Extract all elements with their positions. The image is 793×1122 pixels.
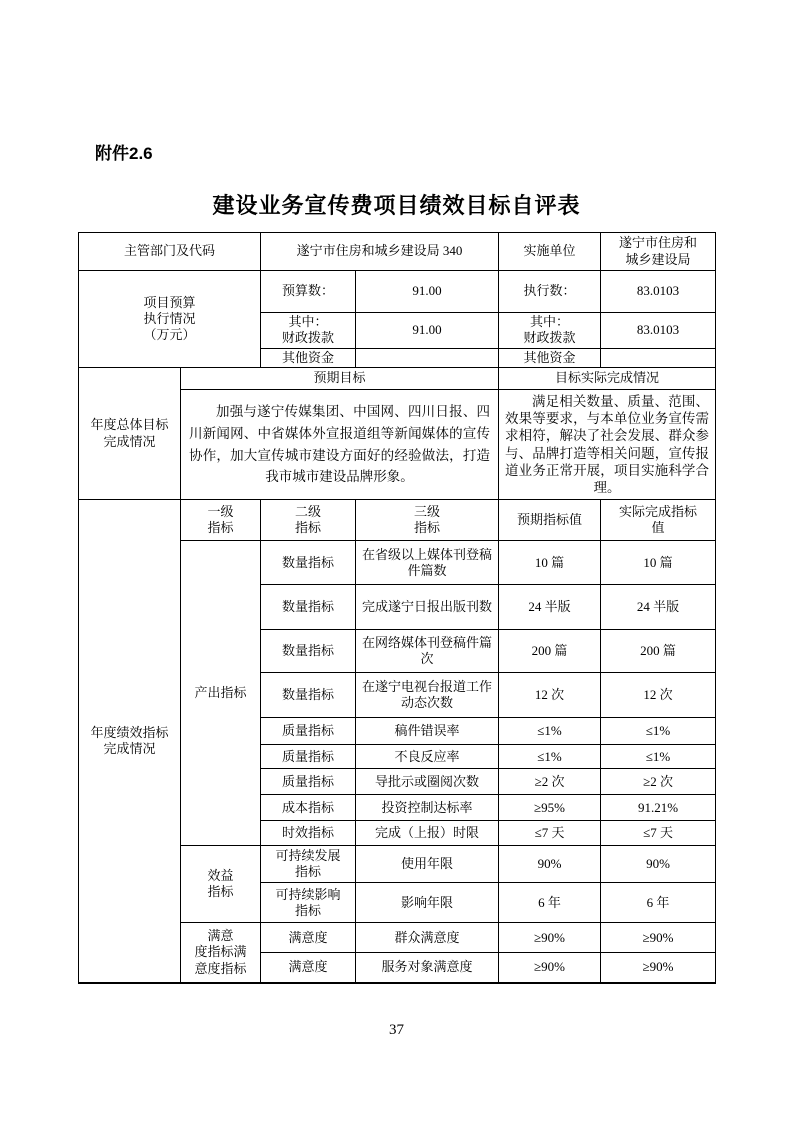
expected-value-cell: ≤1% — [499, 718, 601, 745]
dept-code-label: 主管部门及代码 — [79, 233, 261, 271]
actual-value-cell: ≤1% — [601, 718, 716, 745]
expected-value-cell: ≥90% — [499, 953, 601, 983]
actual-value-cell: 24 半版 — [601, 585, 716, 630]
expected-value-cell: ≥2 次 — [499, 769, 601, 795]
level2-cell: 数量指标 — [261, 541, 356, 585]
budget-value-cell — [601, 348, 716, 367]
level1-cell: 产出指标 — [181, 541, 261, 846]
page-number: 37 — [0, 1022, 793, 1039]
level3-cell: 投资控制达标率 — [356, 795, 499, 821]
dept-code-value: 遂宁市住房和城乡建设局 340 — [261, 233, 499, 271]
level2-cell: 质量指标 — [261, 718, 356, 745]
budget-label-cell: 预算数： — [261, 271, 356, 313]
self-evaluation-table: 主管部门及代码 遂宁市住房和城乡建设局 340 实施单位 遂宁市住房和 城乡建设… — [78, 232, 716, 984]
level1-cell: 满意 度指标满 意度指标 — [181, 923, 261, 983]
budget-value-cell: 91.00 — [356, 271, 499, 313]
level3-cell: 完成（上报）时限 — [356, 821, 499, 846]
expected-value-cell: ≥90% — [499, 923, 601, 953]
budget-row-label: 项目预算 执行情况 （万元） — [79, 271, 261, 368]
level2-cell: 可持续影响 指标 — [261, 883, 356, 923]
level3-cell: 服务对象满意度 — [356, 953, 499, 983]
indicators-row-label: 年度绩效指标 完成情况 — [79, 500, 181, 983]
budget-value-cell: 83.0103 — [601, 313, 716, 349]
level1-cell: 效益 指标 — [181, 846, 261, 923]
budget-value-cell: 91.00 — [356, 313, 499, 349]
level2-cell: 数量指标 — [261, 585, 356, 630]
budget-value-cell — [356, 348, 499, 367]
document-page: 附件2.6 建设业务宣传费项目绩效目标自评表 主管部门及代码 遂宁市住房和城乡建… — [0, 0, 793, 1122]
level3-cell: 不良反应率 — [356, 745, 499, 769]
expected-value-cell: ≥95% — [499, 795, 601, 821]
level3-header: 三级 指标 — [356, 500, 499, 541]
attachment-label: 附件2.6 — [95, 139, 153, 164]
level3-cell: 群众满意度 — [356, 923, 499, 953]
expected-value-cell: 12 次 — [499, 673, 601, 718]
expected-value-cell: 24 半版 — [499, 585, 601, 630]
level3-cell: 影响年限 — [356, 883, 499, 923]
actual-goal-text: 满足相关数量、质量、范围、效果等要求，与本单位业务宣传需求相符，解决了社会发展、… — [499, 389, 716, 500]
level2-cell: 时效指标 — [261, 821, 356, 846]
budget-label-cell: 其中： 财政拨款 — [499, 313, 601, 349]
level2-cell: 数量指标 — [261, 630, 356, 673]
expected-value-cell: 6 年 — [499, 883, 601, 923]
expected-value-cell: 90% — [499, 846, 601, 883]
level3-cell: 稿件错误率 — [356, 718, 499, 745]
expected-value-cell: ≤7 天 — [499, 821, 601, 846]
table-row: 年度总体目标 完成情况 预期目标 目标实际完成情况 — [79, 367, 716, 389]
level3-cell: 在省级以上媒体刊登稿件篇数 — [356, 541, 499, 585]
actual-value-cell: ≥90% — [601, 953, 716, 983]
actual-value-cell: 200 篇 — [601, 630, 716, 673]
budget-label-cell: 其他资金 — [499, 348, 601, 367]
actual-value-cell: ≥90% — [601, 923, 716, 953]
level3-cell: 在遂宁电视台报道工作动态次数 — [356, 673, 499, 718]
actual-value-cell: ≥2 次 — [601, 769, 716, 795]
actual-value-cell: 10 篇 — [601, 541, 716, 585]
actual-value-cell: 12 次 — [601, 673, 716, 718]
level2-cell: 成本指标 — [261, 795, 356, 821]
expected-value-header: 预期指标值 — [499, 500, 601, 541]
actual-value-cell: 91.21% — [601, 795, 716, 821]
expected-goal-header: 预期目标 — [181, 367, 499, 389]
level1-header: 一级 指标 — [181, 500, 261, 541]
annual-goal-row-label: 年度总体目标 完成情况 — [79, 367, 181, 500]
actual-value-header: 实际完成指标 值 — [601, 500, 716, 541]
level2-cell: 数量指标 — [261, 673, 356, 718]
actual-value-cell: 6 年 — [601, 883, 716, 923]
impl-unit-label: 实施单位 — [499, 233, 601, 271]
level2-cell: 质量指标 — [261, 745, 356, 769]
budget-label-cell: 其中： 财政拨款 — [261, 313, 356, 349]
level3-cell: 导批示或圈阅次数 — [356, 769, 499, 795]
level3-cell: 在网络媒体刊登稿件篇次 — [356, 630, 499, 673]
actual-value-cell: 90% — [601, 846, 716, 883]
table-row: 项目预算 执行情况 （万元） 预算数： 91.00 执行数： 83.0103 — [79, 271, 716, 313]
level3-cell: 使用年限 — [356, 846, 499, 883]
level2-cell: 满意度 — [261, 923, 356, 953]
expected-goal-text: 加强与遂宁传媒集团、中国网、四川日报、四川新闻网、中省媒体外宣报道组等新闻媒体的… — [181, 389, 499, 500]
level3-cell: 完成遂宁日报出版刊数 — [356, 585, 499, 630]
level2-cell: 可持续发展 指标 — [261, 846, 356, 883]
expected-value-cell: ≤1% — [499, 745, 601, 769]
level2-cell: 满意度 — [261, 953, 356, 983]
page-title: 建设业务宣传费项目绩效目标自评表 — [0, 189, 793, 220]
actual-value-cell: ≤1% — [601, 745, 716, 769]
table-row: 年度绩效指标 完成情况 一级 指标 二级 指标 三级 指标 预期指标值 实际完成… — [79, 500, 716, 541]
impl-unit-value: 遂宁市住房和 城乡建设局 — [601, 233, 716, 271]
level2-header: 二级 指标 — [261, 500, 356, 541]
actual-goal-header: 目标实际完成情况 — [499, 367, 716, 389]
actual-value-cell: ≤7 天 — [601, 821, 716, 846]
table-row: 主管部门及代码 遂宁市住房和城乡建设局 340 实施单位 遂宁市住房和 城乡建设… — [79, 233, 716, 271]
budget-value-cell: 83.0103 — [601, 271, 716, 313]
expected-value-cell: 10 篇 — [499, 541, 601, 585]
budget-label-cell: 其他资金 — [261, 348, 356, 367]
budget-label-cell: 执行数： — [499, 271, 601, 313]
expected-value-cell: 200 篇 — [499, 630, 601, 673]
level2-cell: 质量指标 — [261, 769, 356, 795]
